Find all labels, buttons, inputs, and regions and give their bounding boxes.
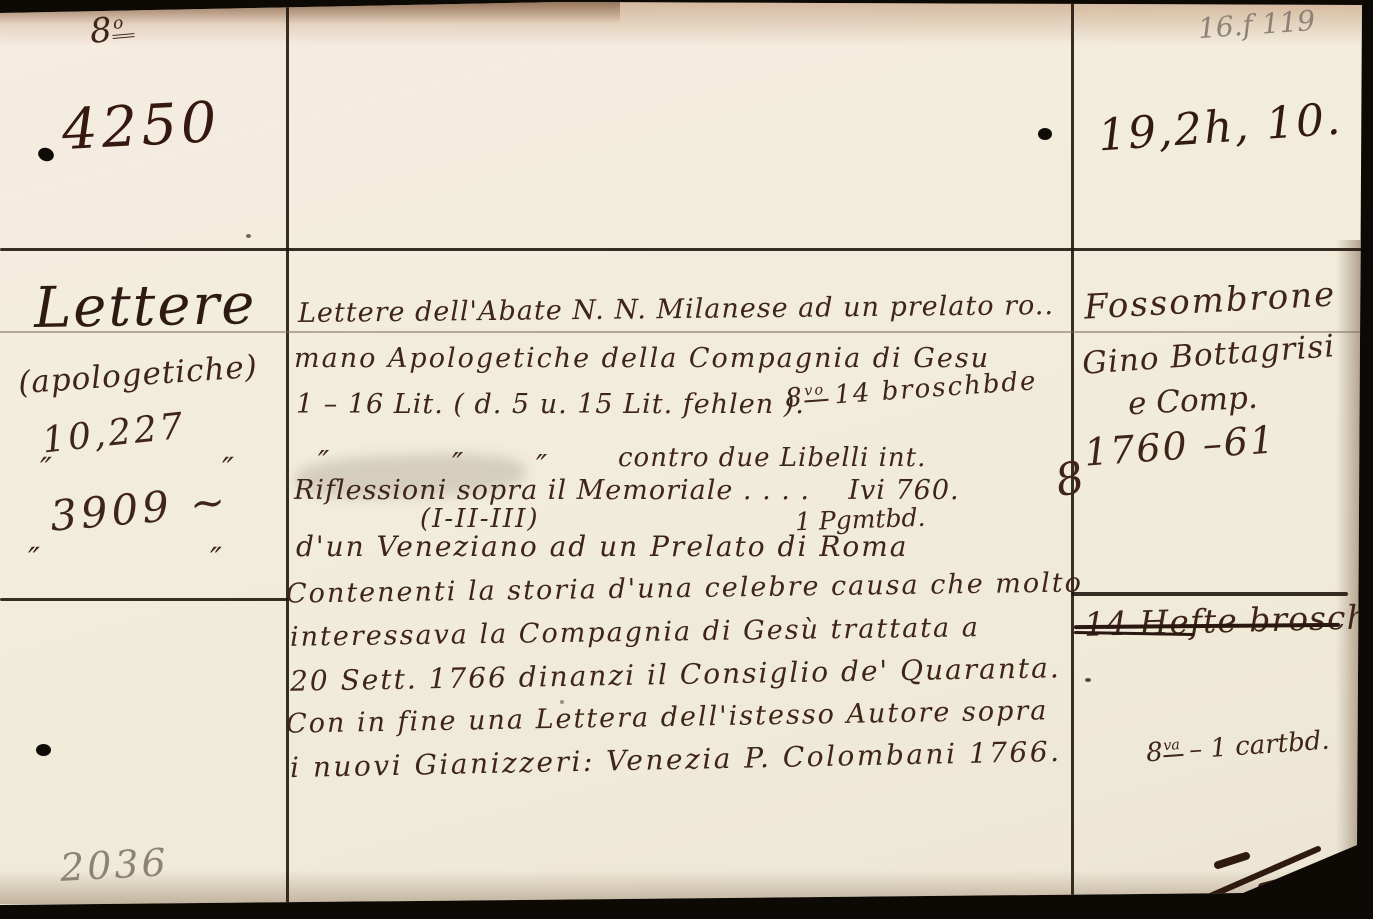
completeness-mark: [1190, 835, 1340, 905]
format-mark-base: 8: [88, 10, 113, 52]
paper-speck: [1085, 678, 1091, 682]
entry-line: i nuovi Gianizzeri: Venezia P. Colombani…: [290, 737, 1062, 784]
collation-format: 8: [784, 383, 805, 414]
paper-speck: [246, 234, 251, 238]
pencil-folio-note: 16.f 119: [1197, 6, 1316, 45]
entry-line: Con in fine una Lettera dell'istesso Aut…: [286, 696, 1049, 739]
bottom-edge-shadow: [0, 870, 1373, 904]
ink-blot: [36, 744, 51, 756]
shelfmark: 19,2h, 10.: [1097, 96, 1344, 161]
imprint-publisher: Gino Bottagrisi: [1081, 329, 1336, 381]
subject-subheading: (apologetiche): [17, 350, 259, 401]
entry-line: 20 Sett. 1766 dinanzi il Consiglio de' Q…: [290, 653, 1061, 697]
entry-line: Riflessioni sopra il Memoriale . . . . I…: [294, 476, 960, 506]
imprint-years: 1760 –61: [1083, 419, 1278, 474]
entry-line: interessava la Compagnia di Gesù trattat…: [290, 613, 980, 652]
format-mark-sup: o: [110, 12, 134, 39]
marginal-flourish: 8: [1051, 454, 1088, 507]
subject-heading: Lettere: [33, 274, 256, 339]
catalog-card-scan: 8o 4250 16.f 119 19,2h, 10. Lettere (apo…: [0, 0, 1373, 919]
ditto-mark: ″: [210, 542, 222, 577]
reference-number-2: 3909 ~: [48, 478, 231, 540]
format-mark: 8o: [88, 10, 135, 51]
collation-format-sup: vo: [803, 382, 829, 403]
ink-blot: [36, 146, 55, 164]
imprint-publisher-2: e Comp.: [1127, 381, 1258, 422]
reference-number-1: 10,227: [40, 407, 187, 461]
right-edge-shadow: [1336, 240, 1360, 900]
grid-line-horizontal-right-column: [1071, 592, 1348, 596]
grid-line-horizontal-top: [0, 248, 1373, 251]
grid-line-vertical-left: [286, 0, 289, 919]
struck-out-note: 14 Hefte brosch.: [1084, 599, 1373, 643]
grid-line-horizontal-left-column: [0, 598, 289, 601]
binding-format-sup: va: [1162, 737, 1184, 757]
entry-line: 1 – 16 Lit. ( d. 5 u. 15 Lit. fehlen ).: [296, 390, 805, 420]
entry-line: mano Apologetiche della Compagnia di Ges…: [294, 344, 990, 374]
ditto-mark: ″: [28, 542, 40, 577]
collation-note: 8vo14 broschbde: [784, 367, 1038, 413]
entry-line: Contenenti la storia d'una celebre causa…: [286, 568, 1083, 609]
binding-note: 8va– 1 cartbd.: [1145, 727, 1330, 768]
inventory-number: 4250: [60, 92, 222, 162]
binding-format: 8: [1145, 737, 1164, 768]
entry-line: Lettere dell'Abate N. N. Milanese ad un …: [298, 291, 1054, 329]
ditto-mark: ″: [40, 452, 52, 487]
pencil-number: 2036: [59, 842, 170, 889]
imprint-place: Fossombrone: [1083, 276, 1337, 327]
entry-line: contro due Libelli int.: [618, 444, 926, 473]
top-edge-shadow: [0, 0, 1373, 46]
ink-blot: [1038, 128, 1052, 140]
entry-line: d'un Veneziano ad un Prelato di Roma: [296, 532, 909, 563]
card-paper: 8o 4250 16.f 119 19,2h, 10. Lettere (apo…: [0, 0, 1373, 919]
binding-extent: – 1 cartbd.: [1188, 726, 1330, 766]
